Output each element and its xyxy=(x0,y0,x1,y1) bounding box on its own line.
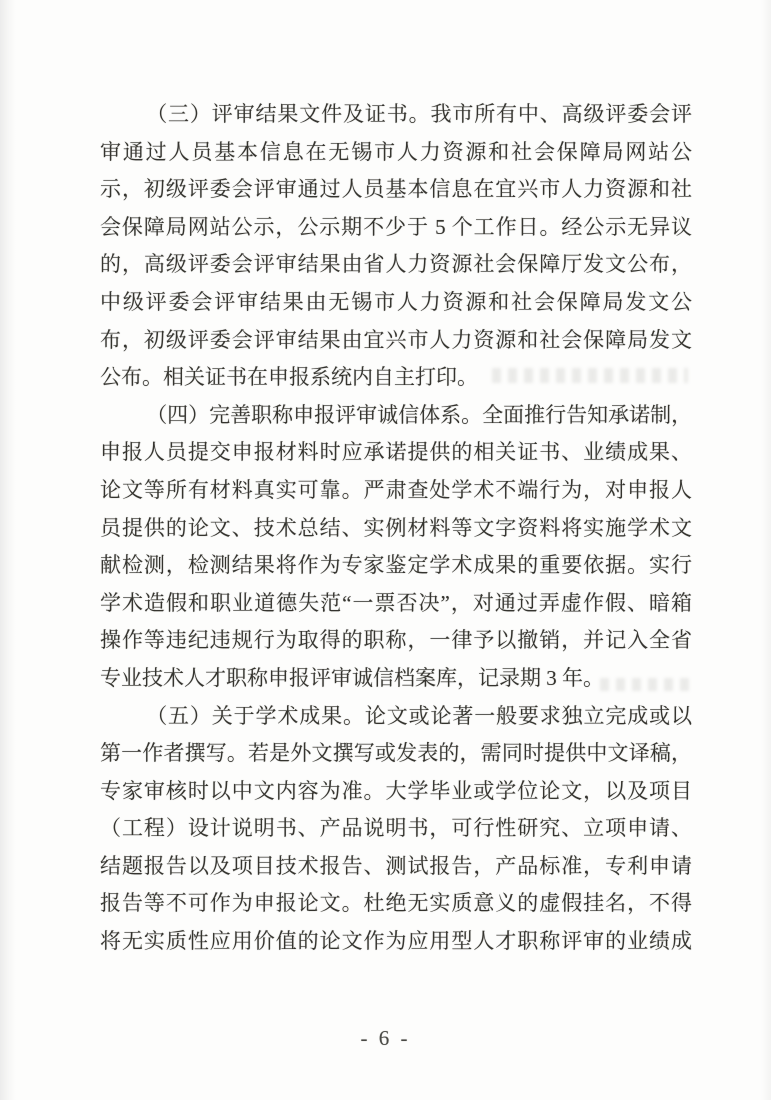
text-line: （四）完善职称申报评审诚信体系。全面推行告知承诺制， xyxy=(100,397,692,435)
paragraph-section-5: （五）关于学术成果。论文或论著一般要求独立完成或以 第一作者撰写。若是外文撰写或… xyxy=(100,698,692,961)
text-line: 第一作者撰写。若是外文撰写或发表的，需同时提供中文译稿， xyxy=(100,735,692,773)
text-line: 申报人员提交申报材料时应承诺提供的相关证书、业绩成果、 xyxy=(100,434,692,472)
text-line: 将无实质性应用价值的论文作为应用型人才职称评审的业绩成 xyxy=(100,923,692,961)
text-line: 专业技术人才职称申报评审诚信档案库，记录期 3 年。 xyxy=(100,660,692,698)
text-line: 专家审核时以中文内容为准。大学毕业或学位论文，以及项目 xyxy=(100,773,692,811)
text-line: 学术造假和职业道德失范“一票否决”，对通过弄虚作假、暗箱 xyxy=(100,585,692,623)
text-line: （工程）设计说明书、产品说明书，可行性研究、立项申请、 xyxy=(100,810,692,848)
page-number: - 6 - xyxy=(0,1026,771,1051)
text-line: 布，初级评委会评审结果由宜兴市人力资源和社会保障局发文 xyxy=(100,322,692,360)
scanned-document-page: （三）评审结果文件及证书。我市所有中、高级评委会评 审通过人员基本信息在无锡市人… xyxy=(0,0,771,1100)
text-line: 的，高级评委会评审结果由省人力资源社会保障厅发文公布， xyxy=(100,246,692,284)
text-line: 公布。相关证书在申报系统内自主打印。 xyxy=(100,359,692,397)
text-line: 献检测，检测结果将作为专家鉴定学术成果的重要依据。实行 xyxy=(100,547,692,585)
text-line: 报告等不可作为申报论文。杜绝无实质意义的虚假挂名，不得 xyxy=(100,885,692,923)
text-line: 会保障局网站公示，公示期不少于 5 个工作日。经公示无异议 xyxy=(100,209,692,247)
text-line: 论文等所有材料真实可靠。严肃查处学术不端行为，对申报人 xyxy=(100,472,692,510)
text-line: 审通过人员基本信息在无锡市人力资源和社会保障局网站公 xyxy=(100,134,692,172)
text-line: 结题报告以及项目技术报告、测试报告，产品标准，专利申请 xyxy=(100,848,692,886)
paragraph-section-3: （三）评审结果文件及证书。我市所有中、高级评委会评 审通过人员基本信息在无锡市人… xyxy=(100,96,692,397)
text-line: 操作等违纪违规行为取得的职称，一律予以撤销，并记入全省 xyxy=(100,622,692,660)
text-line: （三）评审结果文件及证书。我市所有中、高级评委会评 xyxy=(100,96,692,134)
text-line: 示，初级评委会评审通过人员基本信息在宜兴市人力资源和社 xyxy=(100,171,692,209)
document-body: （三）评审结果文件及证书。我市所有中、高级评委会评 审通过人员基本信息在无锡市人… xyxy=(100,96,692,961)
text-line: （五）关于学术成果。论文或论著一般要求独立完成或以 xyxy=(100,698,692,736)
text-line: 中级评委会评审结果由无锡市人力资源和社会保障局发文公 xyxy=(100,284,692,322)
paragraph-section-4: （四）完善职称申报评审诚信体系。全面推行告知承诺制， 申报人员提交申报材料时应承… xyxy=(100,397,692,698)
text-line: 员提供的论文、技术总结、实例材料等文字资料将实施学术文 xyxy=(100,510,692,548)
